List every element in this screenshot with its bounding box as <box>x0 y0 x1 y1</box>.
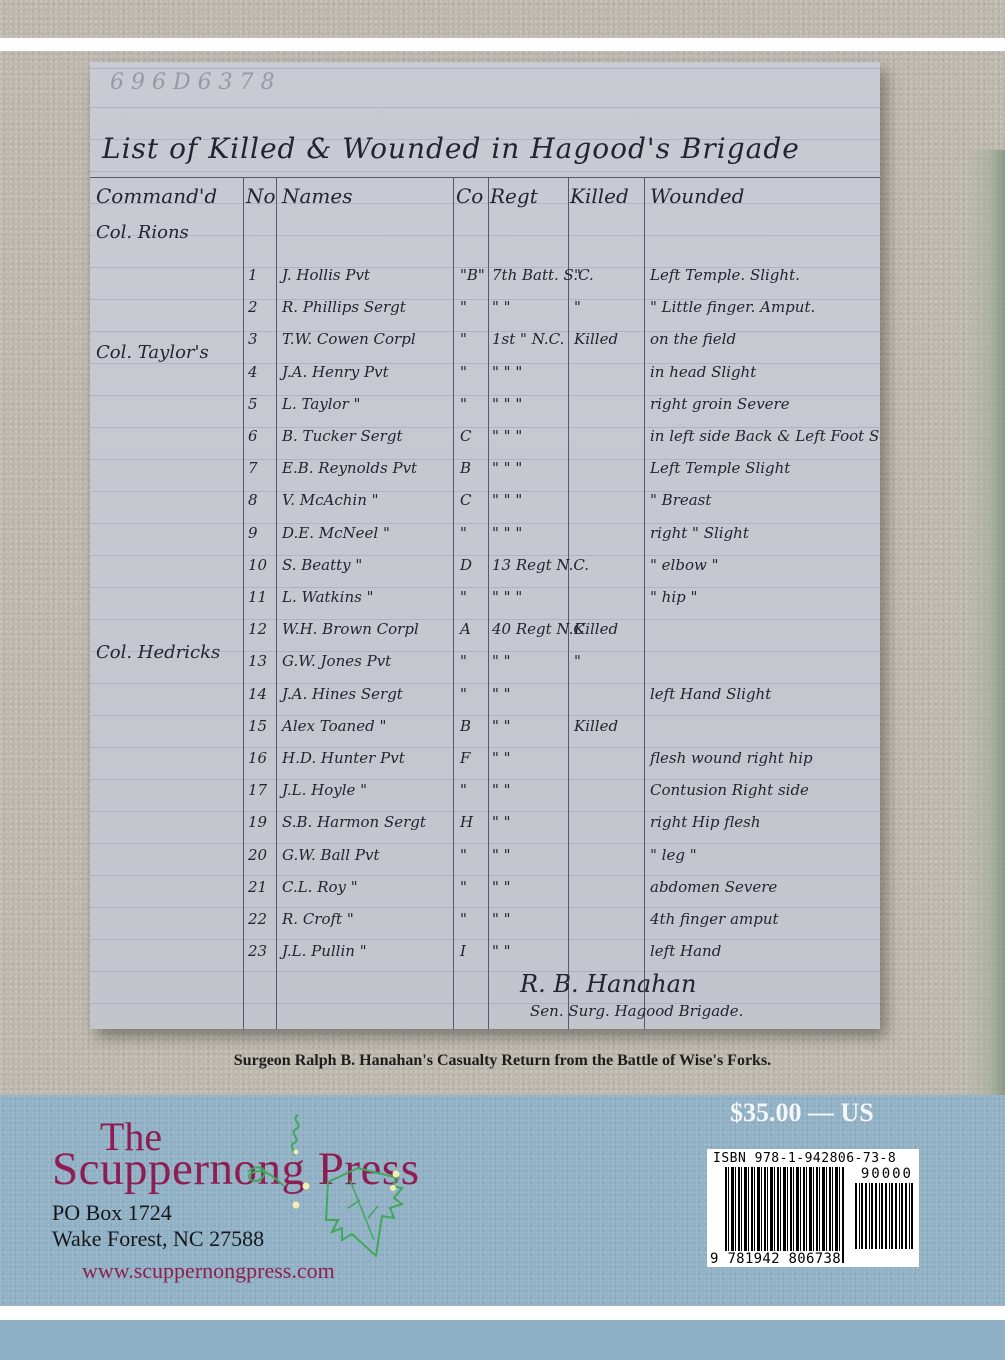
row-name: J.A. Henry Pvt <box>282 363 389 381</box>
isbn-barcode: ISBN 978-1-942806-73-8 90000 9 781942 80… <box>707 1149 919 1267</box>
row-killed: Killed <box>574 717 618 735</box>
row-number: 19 <box>248 813 267 831</box>
row-name: L. Watkins " <box>282 588 374 606</box>
row-number: 15 <box>248 717 267 735</box>
column-header-killed: Killed <box>570 184 629 208</box>
row-wounded: Left Temple Slight <box>650 459 790 477</box>
row-number: 9 <box>248 524 258 542</box>
row-wounded: in head Slight <box>650 363 756 381</box>
row-regiment: " " <box>492 878 511 896</box>
row-regiment: " " <box>492 846 511 864</box>
row-wounded: " Little finger. Amput. <box>650 298 815 316</box>
table-row: 10S. Beatty "D13 Regt N.C." elbow " <box>90 552 880 582</box>
price-label: $35.00 — US <box>730 1098 874 1128</box>
row-wounded: on the field <box>650 330 736 348</box>
ean-number: 9 781942 806738 <box>710 1251 841 1267</box>
table-row: 13G.W. Jones Pvt"" "" <box>90 648 880 678</box>
table-row: 4J.A. Henry Pvt"" " "in head Slight <box>90 359 880 389</box>
row-name: J.L. Hoyle " <box>282 781 367 799</box>
row-regiment: " " " <box>492 395 522 413</box>
row-company: A <box>460 620 471 638</box>
row-number: 22 <box>248 910 267 928</box>
surgeon-title: Sen. Surg. Hagood Brigade. <box>530 1002 743 1020</box>
bottom-band <box>0 1320 1005 1360</box>
column-header-commander: Command'd <box>96 184 217 208</box>
row-killed: " <box>574 298 581 316</box>
row-number: 13 <box>248 652 267 670</box>
row-number: 17 <box>248 781 267 799</box>
row-number: 5 <box>248 395 258 413</box>
table-row: 12W.H. Brown CorplA40 Regt N.C.Killed <box>90 616 880 646</box>
table-row: 14J.A. Hines Sergt"" "left Hand Slight <box>90 681 880 711</box>
top-white-stripe <box>0 38 1005 51</box>
row-name: T.W. Cowen Corpl <box>282 330 416 348</box>
row-wounded: " hip " <box>650 588 697 606</box>
row-company: D <box>460 556 472 574</box>
row-company: C <box>460 427 471 445</box>
row-number: 3 <box>248 330 258 348</box>
table-row: 19S.B. Harmon SergtH" "right Hip flesh <box>90 809 880 839</box>
row-number: 14 <box>248 685 267 703</box>
table-row: 3T.W. Cowen Corpl"1st " N.C.Killedon the… <box>90 326 880 356</box>
column-header-names: Names <box>282 184 353 208</box>
row-number: 20 <box>248 846 267 864</box>
row-wounded: right Hip flesh <box>650 813 761 831</box>
table-row: 6B. Tucker SergtC" " "in left side Back … <box>90 423 880 453</box>
row-number: 1 <box>248 266 258 284</box>
ean-barcode-bars <box>725 1167 845 1263</box>
row-regiment: " " <box>492 717 511 735</box>
row-name: Alex Toaned " <box>282 717 386 735</box>
publisher-address-line1: PO Box 1724 <box>52 1200 172 1226</box>
addon-barcode-bars <box>855 1183 915 1249</box>
row-company: " <box>460 395 467 413</box>
grape-leaf-vine-icon <box>240 1110 440 1270</box>
row-wounded: Contusion Right side <box>650 781 809 799</box>
column-header-wounded: Wounded <box>650 184 744 208</box>
row-company: " <box>460 878 467 896</box>
row-regiment: " " " <box>492 524 522 542</box>
table-row: 9D.E. McNeel """ " "right " Slight <box>90 520 880 550</box>
row-name: J.L. Pullin " <box>282 942 367 960</box>
row-name: S. Beatty " <box>282 556 362 574</box>
row-number: 2 <box>248 298 258 316</box>
row-regiment: " " <box>492 749 511 767</box>
row-company: " <box>460 910 467 928</box>
spine-artwork-edge <box>965 150 1005 1095</box>
row-name: V. McAchin " <box>282 491 379 509</box>
row-wounded: right groin Severe <box>650 395 790 413</box>
row-wounded: 4th finger amput <box>650 910 779 928</box>
row-number: 4 <box>248 363 258 381</box>
row-wounded: left Hand <box>650 942 721 960</box>
header-rule <box>90 177 880 178</box>
row-name: G.W. Ball Pvt <box>282 846 379 864</box>
table-row: 15Alex Toaned "B" "Killed <box>90 713 880 743</box>
row-number: 7 <box>248 459 258 477</box>
row-company: " <box>460 685 467 703</box>
row-name: D.E. McNeel " <box>282 524 390 542</box>
row-name: S.B. Harmon Sergt <box>282 813 426 831</box>
table-row: 1J. Hollis Pvt"B"7th Batt. S.C."Left Tem… <box>90 262 880 292</box>
row-wounded: left Hand Slight <box>650 685 771 703</box>
row-wounded: right " Slight <box>650 524 749 542</box>
surgeon-signature: R. B. Hanahan <box>520 970 696 998</box>
commander-label: Col. Rions <box>96 222 189 243</box>
publisher-address-line2: Wake Forest, NC 27588 <box>52 1226 264 1252</box>
row-company: " <box>460 588 467 606</box>
table-row: 16H.D. Hunter PvtF" "flesh wound right h… <box>90 745 880 775</box>
column-header-number: No <box>246 184 276 208</box>
row-name: R. Croft " <box>282 910 354 928</box>
row-company: " <box>460 652 467 670</box>
row-wounded: abdomen Severe <box>650 878 777 896</box>
row-wounded: flesh wound right hip <box>650 749 813 767</box>
row-company: H <box>460 813 473 831</box>
row-number: 11 <box>248 588 267 606</box>
row-regiment: " " " <box>492 459 522 477</box>
row-regiment: " " <box>492 910 511 928</box>
row-name: J.A. Hines Sergt <box>282 685 403 703</box>
row-wounded: " leg " <box>650 846 697 864</box>
row-number: 10 <box>248 556 267 574</box>
row-company: " <box>460 846 467 864</box>
row-number: 23 <box>248 942 267 960</box>
row-regiment: " " " <box>492 363 522 381</box>
row-regiment: " " <box>492 652 511 670</box>
bottom-white-stripe <box>0 1306 1005 1320</box>
row-name: B. Tucker Sergt <box>282 427 402 445</box>
row-name: R. Phillips Sergt <box>282 298 406 316</box>
row-killed: " <box>574 652 581 670</box>
row-regiment: " " <box>492 781 511 799</box>
column-header-company: Co <box>456 184 483 208</box>
row-company: I <box>460 942 466 960</box>
image-caption: Surgeon Ralph B. Hanahan's Casualty Retu… <box>0 1052 1005 1070</box>
row-company: B <box>460 459 471 477</box>
row-name: H.D. Hunter Pvt <box>282 749 405 767</box>
row-regiment: " " " <box>492 588 522 606</box>
row-name: L. Taylor " <box>282 395 360 413</box>
table-row: 21C.L. Roy """ "abdomen Severe <box>90 874 880 904</box>
row-name: G.W. Jones Pvt <box>282 652 391 670</box>
row-name: C.L. Roy " <box>282 878 358 896</box>
table-row: 8V. McAchin "C" " "" Breast <box>90 487 880 517</box>
isbn-label: ISBN 978-1-942806-73-8 <box>713 1151 896 1166</box>
row-wounded: in left side Back & Left Foot Severe <box>650 427 880 445</box>
row-wounded: " elbow " <box>650 556 718 574</box>
row-company: " <box>460 363 467 381</box>
row-killed: Killed <box>574 620 618 638</box>
row-company: " <box>460 330 467 348</box>
row-killed: " <box>574 266 581 284</box>
row-regiment: 13 Regt N.C. <box>492 556 589 574</box>
publisher-website-link[interactable]: www.scuppernongpress.com <box>82 1258 335 1284</box>
table-row: 2R. Phillips Sergt"" """ Little finger. … <box>90 294 880 324</box>
row-name: W.H. Brown Corpl <box>282 620 419 638</box>
column-header-regiment: Regt <box>490 184 538 208</box>
table-row: 11L. Watkins """ " "" hip " <box>90 584 880 614</box>
row-company: C <box>460 491 471 509</box>
row-company: F <box>460 749 470 767</box>
row-company: B <box>460 717 471 735</box>
row-wounded: " Breast <box>650 491 711 509</box>
row-number: 16 <box>248 749 267 767</box>
row-number: 21 <box>248 878 267 896</box>
row-killed: Killed <box>574 330 618 348</box>
table-row: 22R. Croft """ "4th finger amput <box>90 906 880 936</box>
row-number: 8 <box>248 491 258 509</box>
document-title: List of Killed & Wounded in Hagood's Bri… <box>102 132 800 165</box>
row-regiment: " " <box>492 813 511 831</box>
faint-tally-marks: 6 9 6 D 6 3 7 8 <box>110 70 275 95</box>
row-company: " <box>460 524 467 542</box>
row-company: "B" <box>460 266 485 284</box>
row-name: J. Hollis Pvt <box>282 266 370 284</box>
table-row: 20G.W. Ball Pvt"" "" leg " <box>90 842 880 872</box>
row-regiment: " " " <box>492 427 522 445</box>
row-company: " <box>460 781 467 799</box>
row-company: " <box>460 298 467 316</box>
row-regiment: " " <box>492 685 511 703</box>
table-row: 23J.L. Pullin "I" "left Hand <box>90 938 880 968</box>
row-name: E.B. Reynolds Pvt <box>282 459 417 477</box>
table-row: 17J.L. Hoyle """ "Contusion Right side <box>90 777 880 807</box>
row-regiment: " " <box>492 942 511 960</box>
casualty-return-document: 6 9 6 D 6 3 7 8 List of Killed & Wounded… <box>90 62 880 1029</box>
table-row: 7E.B. Reynolds PvtB" " "Left Temple Slig… <box>90 455 880 485</box>
row-wounded: Left Temple. Slight. <box>650 266 800 284</box>
row-number: 6 <box>248 427 258 445</box>
table-row: 5L. Taylor """ " "right groin Severe <box>90 391 880 421</box>
row-regiment: " " " <box>492 491 522 509</box>
row-number: 12 <box>248 620 267 638</box>
row-regiment: 1st " N.C. <box>492 330 564 348</box>
barcode-addon-number: 90000 <box>861 1166 913 1182</box>
row-regiment: " " <box>492 298 511 316</box>
